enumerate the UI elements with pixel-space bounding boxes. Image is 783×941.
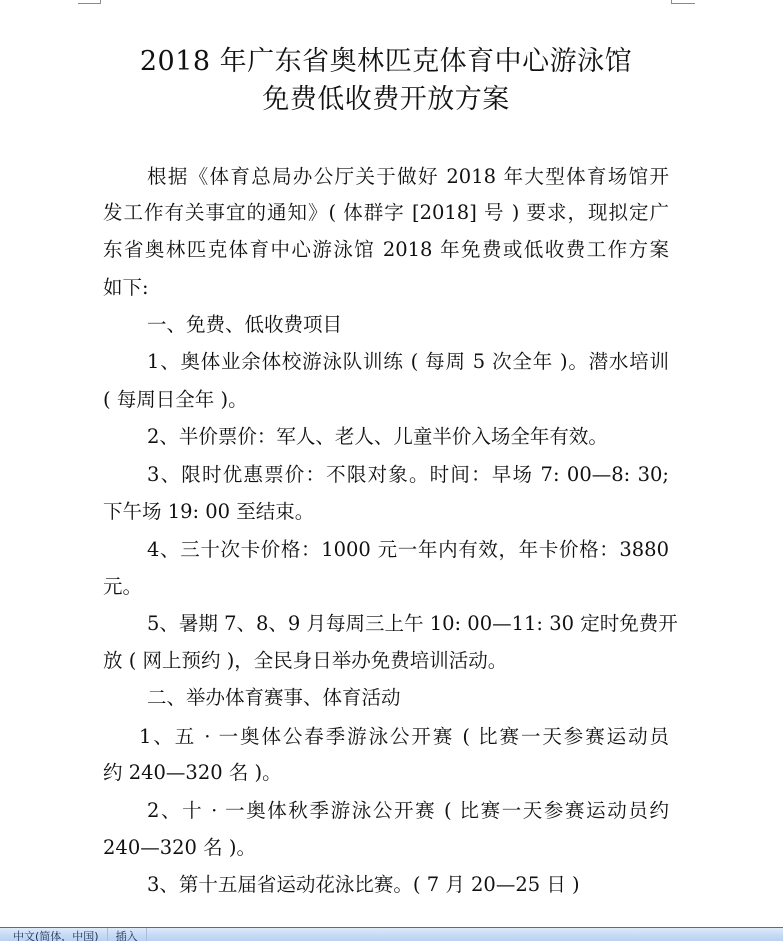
body-line: 放 ( 网上预约 )，全民身日举办免费培训活动。 [103,649,669,673]
document-title-line-1: 2018 年广东省奥林匹克体育中心游泳馆 [103,47,669,77]
status-bar: 中文(简体，中国) 插入 [0,927,783,941]
body-line: 5、暑期 7、8、9 月每周三上午 10: 00—11: 30 定时免费开 [147,612,669,636]
body-line: 发工作有关事宜的通知》( 体群字 [2018] 号 ) 要求，现拟定广 [103,201,669,225]
body-line: ( 每周日全年 )。 [103,388,669,412]
body-line: 1、奥体业余体校游泳队训练 ( 每周 5 次全年 )。潜水培训 [147,350,669,374]
body-line: 4、三十次卡价格：1000 元一年内有效，年卡价格：3880 [147,538,669,562]
insert-mode-indicator[interactable]: 插入 [108,928,147,941]
body-line: 约 240—320 名 )。 [103,761,669,785]
document-title-line-2: 免费低收费开放方案 [103,85,669,115]
body-line: 240—320 名 )。 [103,836,669,860]
section-heading-2: 二、举办体育赛事、体育活动 [147,686,669,710]
body-line: 2、十 · 一奥体秋季游泳公开赛 ( 比赛一天参赛运动员约 [147,799,669,823]
body-line: 3、限时优惠票价：不限对象。时间：早场 7: 00—8: 30; [147,463,669,487]
body-line: 根据《体育总局办公厅关于做好 2018 年大型体育场馆开 [147,165,669,189]
body-line: 2、半价票价：军人、老人、儿童半价入场全年有效。 [147,425,669,449]
body-line: 3、第十五届省运动花泳比赛。( 7 月 20—25 日 ) [147,873,669,897]
body-line: 东省奥林匹克体育中心游泳馆 2018 年免费或低收费工作方案 [103,238,669,262]
body-line: 下午场 19: 00 至结束。 [103,500,669,524]
body-line: 如下: [103,276,669,300]
language-indicator[interactable]: 中文(简体，中国) [0,928,108,941]
body-line: 元。 [103,575,669,599]
page-corner-mark-left [78,0,101,4]
body-line: 1、五 · 一奥体公春季游泳公开赛 ( 比赛一天参赛运动员 [139,725,669,749]
page-corner-mark-right [671,0,695,4]
section-heading-1: 一、免费、低收费项目 [147,313,669,337]
